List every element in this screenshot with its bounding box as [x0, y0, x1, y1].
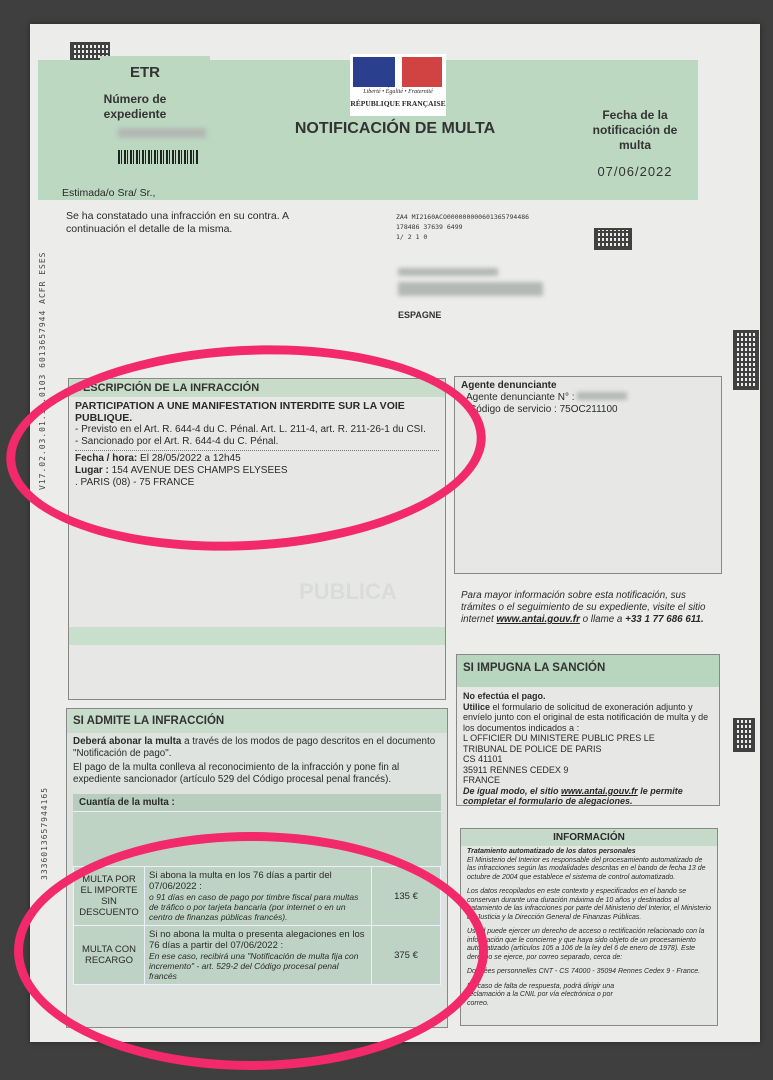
address-code-line-3: 1/ 2 1 0: [396, 232, 529, 242]
notification-date: 07/06/2022: [580, 164, 690, 179]
information-paragraph-3: Usted puede ejercer un derecho de acceso…: [467, 928, 711, 962]
admit-payment-instructions: Deberá abonar la multa a través de los m…: [73, 736, 441, 759]
information-box: INFORMACIÓN Tratamiento automatizado de …: [460, 828, 718, 1026]
agent-number-redacted: [577, 392, 627, 400]
tribunal-address-line-3: CS 41101: [463, 754, 713, 765]
reporting-agent-box: Agente denunciante . Agente denunciante …: [454, 376, 722, 574]
republique-francaise-logo: Liberté • Égalité • Fraternité RÉPUBLIQU…: [350, 54, 446, 116]
side-code-bottom: 3336013657944165: [40, 787, 49, 880]
online-note-a: De igual modo, el sitio: [463, 786, 559, 796]
datamatrix-code-address: [594, 228, 632, 250]
logo-republic-text: RÉPUBLIQUE FRANÇAISE: [350, 99, 446, 108]
more-info-call: o llame a: [583, 614, 623, 625]
notification-date-label: Fecha de la notificación de multa: [585, 108, 685, 153]
no-payment-note: No efectúa el pago.: [463, 691, 713, 702]
contest-instructions: Utilice el formulario de solicitud de ex…: [463, 702, 713, 734]
page-title: NOTIFICACIÓN DE MULTA: [275, 120, 515, 138]
datamatrix-code-right-edge: [733, 330, 759, 390]
greeting: Estimada/o Sra/ Sr.,: [62, 187, 155, 199]
address-code-line-1: ZA4 MI2160ACO000000000601365794486: [396, 212, 529, 222]
logo-blue-marianne: [353, 57, 395, 87]
agent-number: . Agente denunciante N° :: [461, 392, 715, 404]
recipient-country: ESPAGNE: [398, 310, 441, 320]
datamatrix-code-right-small: [733, 718, 755, 752]
tribunal-address-line-4: 35911 RENNES CEDEX 9: [463, 765, 713, 776]
recipient-address-redacted: [398, 282, 543, 296]
admit-heading: SI ADMITE LA INFRACCIÓN: [67, 709, 447, 733]
agent-heading: Agente denunciante: [461, 380, 715, 392]
information-paragraph-4: Données personnelles CNT - CS 74000 - 35…: [467, 968, 711, 977]
file-number-label: Número de expediente: [80, 92, 190, 122]
information-paragraph-2: Los datos recopilados en este contexto y…: [467, 888, 711, 922]
address-codes: ZA4 MI2160ACO000000000601365794486 17848…: [396, 212, 529, 242]
antai-website-link[interactable]: www.antai.gouv.fr: [496, 614, 579, 625]
admit-consequence: El pago de la multa conlleva al reconoci…: [73, 762, 441, 785]
watermark-text: PUBLICA: [299, 579, 397, 605]
admit-bold: Deberá abonar la multa: [73, 736, 181, 747]
logo-motto: Liberté • Égalité • Fraternité: [350, 89, 446, 95]
fine-amount-heading: Cuantía de la multa :: [73, 794, 441, 811]
tribunal-address-line-1: L OFFICIER DU MINISTERE PUBLIC PRES LE: [463, 733, 713, 744]
contest-online-note: De igual modo, el sitio www.antai.gouv.f…: [463, 786, 713, 807]
information-heading: INFORMACIÓN: [461, 829, 717, 846]
contest-heading: SI IMPUGNA LA SANCIÓN: [457, 655, 719, 687]
category-code: ETR: [130, 64, 160, 81]
annotation-circle-fine-amounts: [14, 832, 488, 1070]
agent-number-label: . Agente denunciante N° :: [461, 392, 575, 403]
contest-sanction-box: SI IMPUGNA LA SANCIÓN No efectúa el pago…: [456, 654, 720, 806]
use-label: Utilice: [463, 702, 490, 712]
service-code: Código de servicio : 75OC211100: [461, 404, 715, 416]
information-subheading: Tratamiento automatizado de los datos pe…: [467, 848, 711, 857]
address-code-line-2: 178486 37639 6499: [396, 222, 529, 232]
tribunal-address-line-5: FRANCE: [463, 775, 713, 786]
recipient-name-redacted: [398, 268, 498, 276]
infraction-green-strip: [69, 627, 445, 645]
barcode: [118, 150, 198, 164]
antai-website-link-2[interactable]: www.antai.gouv.fr: [561, 786, 638, 796]
logo-red-band: [402, 57, 442, 87]
more-info-text: Para mayor información sobre esta notifi…: [461, 590, 719, 626]
information-paragraph-1: El Ministerio del Interior es responsabl…: [467, 857, 711, 883]
information-paragraph-5: En caso de falta de respuesta, podrá dir…: [467, 983, 627, 1009]
file-number-redacted: [118, 128, 206, 138]
contact-phone: +33 1 77 686 611.: [625, 614, 704, 625]
intro-text: Se ha constatado una infracción en su co…: [66, 210, 306, 236]
tribunal-address-line-2: TRIBUNAL DE POLICE DE PARIS: [463, 744, 713, 755]
use-text: el formulario de solicitud de exoneració…: [463, 702, 708, 733]
